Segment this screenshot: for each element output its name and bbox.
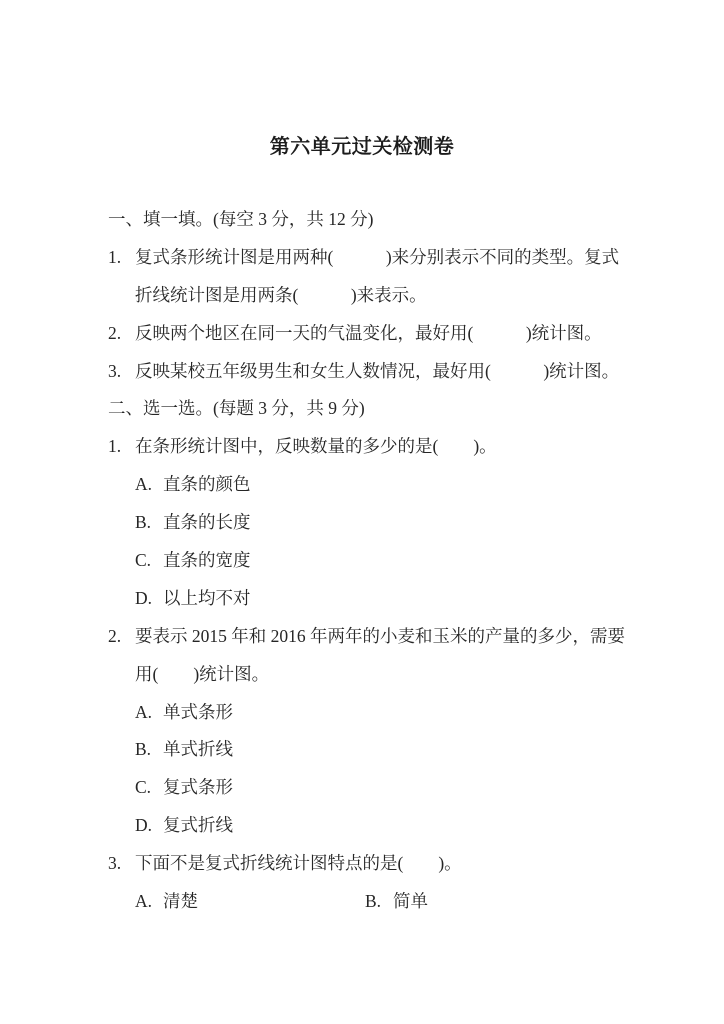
option-label: B. — [135, 731, 163, 769]
option-label: D. — [135, 807, 163, 845]
option-text: 单式折线 — [163, 739, 233, 759]
option-label: C. — [135, 542, 163, 580]
option-text: 复式条形 — [163, 777, 233, 797]
section-fill-heading: 一、填一填。(每空 3 分，共 12 分) — [108, 201, 688, 239]
question-text: 在条形统计图中，反映数量的多少的是( )。 — [135, 436, 497, 456]
test-paper-content: 一、填一填。(每空 3 分，共 12 分) 1.复式条形统计图是用两种( )来分… — [108, 201, 688, 921]
question-text: 复式条形统计图是用两种( )来分别表示不同的类型。复式 — [135, 247, 619, 267]
option-text: 单式条形 — [163, 702, 233, 722]
choice-q3-options-row: A.清楚B.简单 — [108, 883, 688, 921]
option-text: 以上均不对 — [163, 588, 251, 608]
option-label: B. — [365, 883, 393, 921]
document-page: 第六单元过关检测卷 一、填一填。(每空 3 分，共 12 分) 1.复式条形统计… — [0, 0, 724, 1024]
choice-q3-option-a: A.清楚 — [135, 883, 365, 921]
choice-q2-option-b: B.单式折线 — [108, 731, 688, 769]
choice-q1-option-a: A.直条的颜色 — [108, 466, 688, 504]
option-text: 复式折线 — [163, 815, 233, 835]
fill-question-1-line-1: 1.复式条形统计图是用两种( )来分别表示不同的类型。复式 — [108, 239, 688, 277]
question-number: 1. — [108, 428, 135, 466]
fill-question-3: 3.反映某校五年级男生和女生人数情况，最好用( )统计图。 — [108, 353, 688, 391]
question-number: 3. — [108, 845, 135, 883]
option-text: 直条的长度 — [163, 512, 251, 532]
section-choose-heading: 二、选一选。(每题 3 分，共 9 分) — [108, 390, 688, 428]
option-label: A. — [135, 883, 163, 921]
question-text: 下面不是复式折线统计图特点的是( )。 — [135, 853, 462, 873]
choice-q1-option-c: C.直条的宽度 — [108, 542, 688, 580]
choice-question-1: 1.在条形统计图中，反映数量的多少的是( )。 — [108, 428, 688, 466]
option-text: 简单 — [393, 891, 428, 911]
question-number: 1. — [108, 239, 135, 277]
fill-question-2: 2.反映两个地区在同一天的气温变化，最好用( )统计图。 — [108, 315, 688, 353]
question-text: 要表示 2015 年和 2016 年两年的小麦和玉米的产量的多少，需要 — [135, 626, 625, 646]
question-number: 2. — [108, 315, 135, 353]
option-label: D. — [135, 580, 163, 618]
option-label: C. — [135, 769, 163, 807]
choice-question-2-line-2: 用( )统计图。 — [108, 656, 688, 694]
fill-question-1-line-2: 折线统计图是用两条( )来表示。 — [108, 277, 688, 315]
choice-q1-option-b: B.直条的长度 — [108, 504, 688, 542]
question-number: 3. — [108, 353, 135, 391]
option-text: 清楚 — [163, 891, 198, 911]
option-text: 直条的宽度 — [163, 550, 251, 570]
question-text: 反映某校五年级男生和女生人数情况，最好用( )统计图。 — [135, 361, 619, 381]
choice-q2-option-d: D.复式折线 — [108, 807, 688, 845]
question-text: 反映两个地区在同一天的气温变化，最好用( )统计图。 — [135, 323, 602, 343]
choice-q1-option-d: D.以上均不对 — [108, 580, 688, 618]
choice-q2-option-a: A.单式条形 — [108, 694, 688, 732]
choice-q2-option-c: C.复式条形 — [108, 769, 688, 807]
choice-q3-option-b: B.简单 — [365, 891, 428, 911]
option-label: B. — [135, 504, 163, 542]
question-number: 2. — [108, 618, 135, 656]
choice-question-3: 3.下面不是复式折线统计图特点的是( )。 — [108, 845, 688, 883]
page-title: 第六单元过关检测卷 — [0, 130, 724, 159]
option-label: A. — [135, 466, 163, 504]
option-text: 直条的颜色 — [163, 474, 251, 494]
choice-question-2-line-1: 2.要表示 2015 年和 2016 年两年的小麦和玉米的产量的多少，需要 — [108, 618, 688, 656]
option-label: A. — [135, 694, 163, 732]
